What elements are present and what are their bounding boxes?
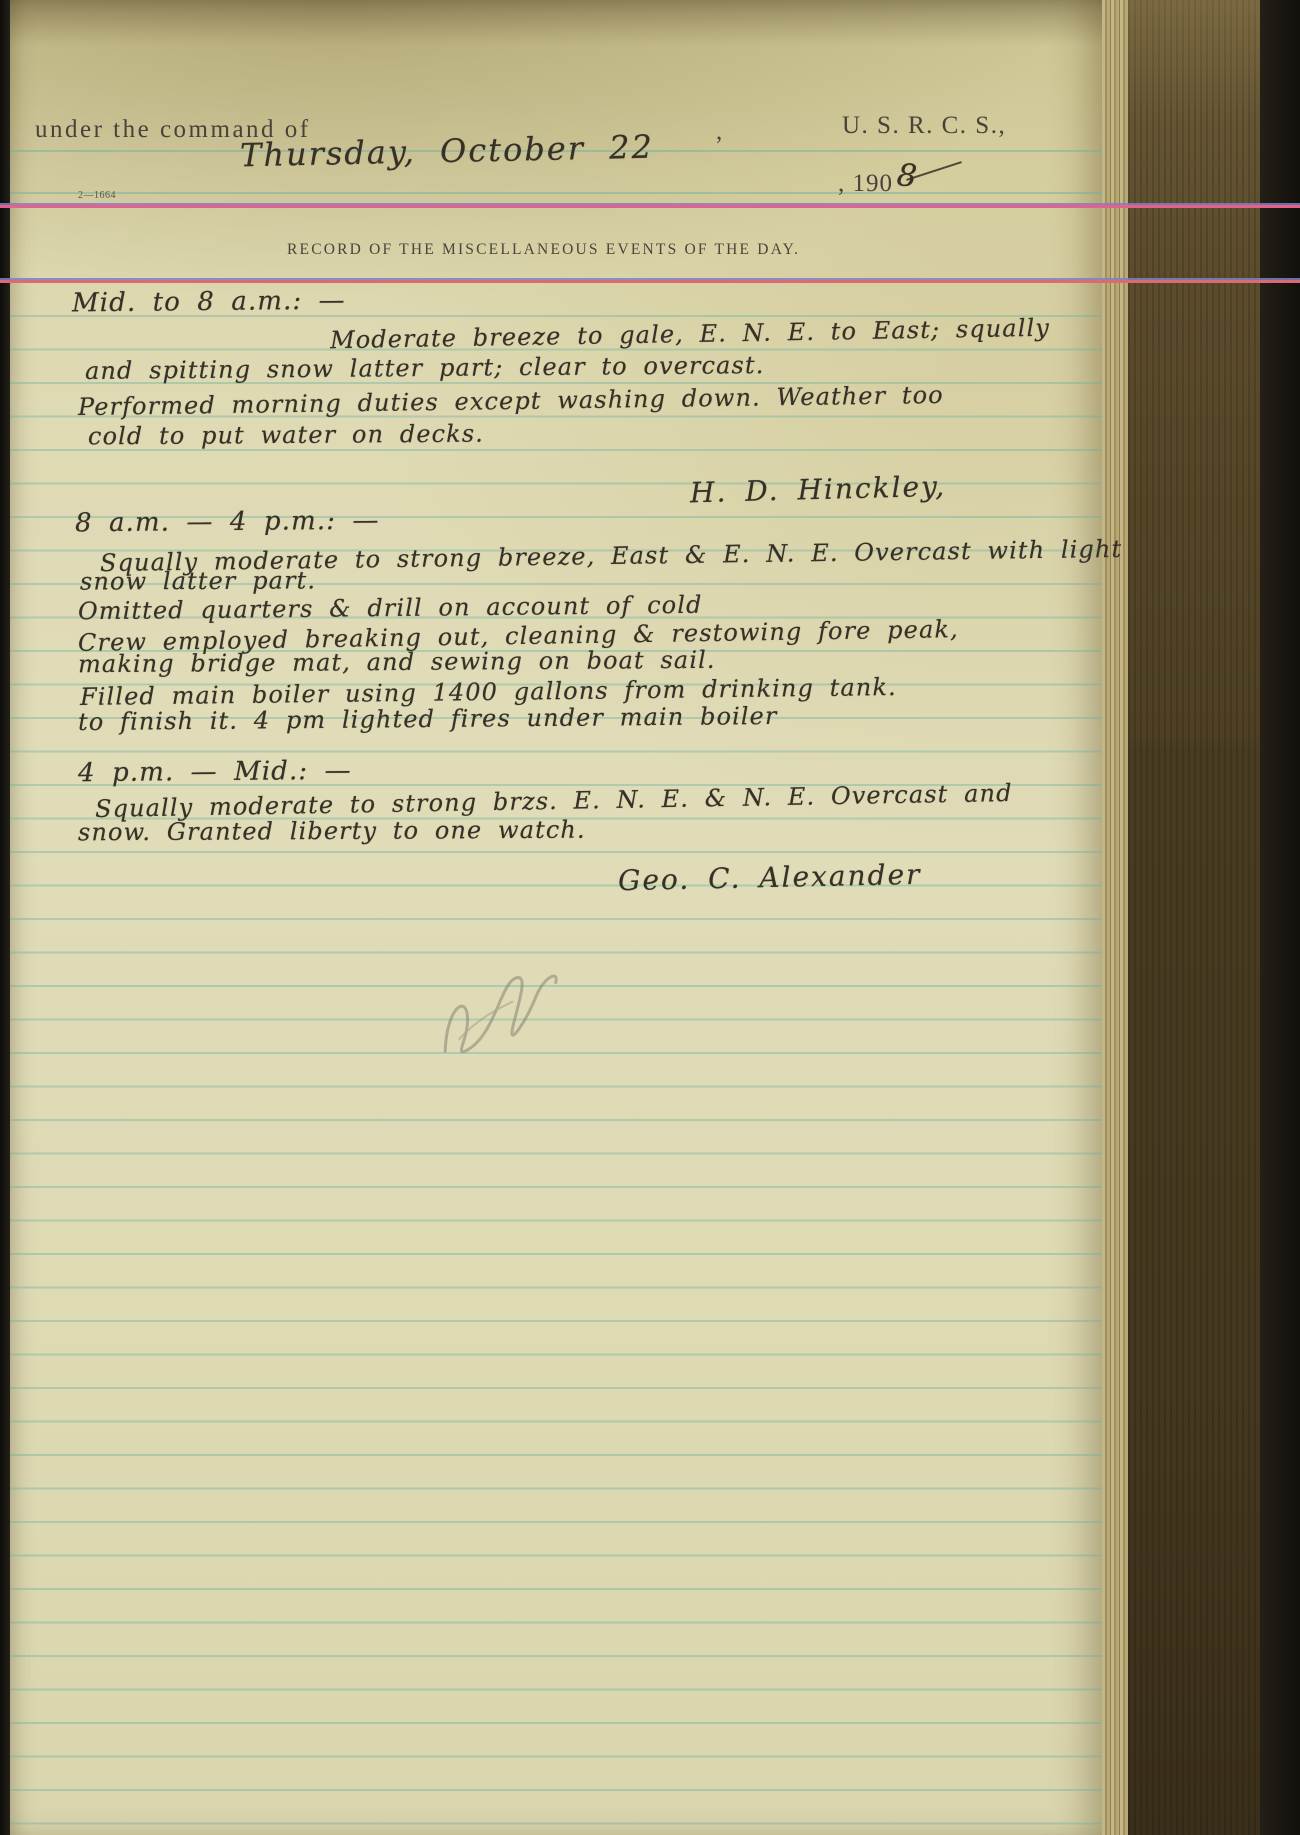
printed-service-abbreviation: U. S. R. C. S., [842,112,1006,140]
page-edge-stack [1102,0,1128,1835]
log-line: snow. Granted liberty to one watch. [78,816,586,847]
form-number: 2—1664 [78,190,116,201]
entry1-time-heading: Mid. to 8 a.m.: — [72,286,346,319]
book-binding [1128,0,1260,1835]
entry3-signature: Geo. C. Alexander [618,858,922,897]
printed-comma: , [716,118,725,146]
logbook-scan: under the command of , U. S. R. C. S., ,… [0,0,1300,1835]
binding-highlight [1128,0,1260,120]
background-left [0,0,10,1835]
entry3-time-heading: 4 p.m. — Mid.: — [78,756,352,788]
entry1-signature: H. D. Hinckley, [690,470,947,510]
log-line: and spitting snow latter part; clear to … [85,351,765,385]
background-right [1260,0,1300,1835]
page-top-shadow [10,0,1102,46]
section-title: RECORD OF THE MISCELLANEOUS EVENTS OF TH… [287,241,800,259]
log-line: cold to put water on decks. [88,420,484,451]
printed-year-prefix: , 190 [838,170,893,198]
ruled-line [10,192,1102,194]
log-line: snow latter part. [80,566,316,595]
log-line: making bridge mat, and sewing on boat sa… [78,646,716,678]
header-rule-top [0,203,1300,208]
header-rule-bottom [0,278,1300,283]
entry2-time-heading: 8 a.m. — 4 p.m.: — [75,506,380,539]
